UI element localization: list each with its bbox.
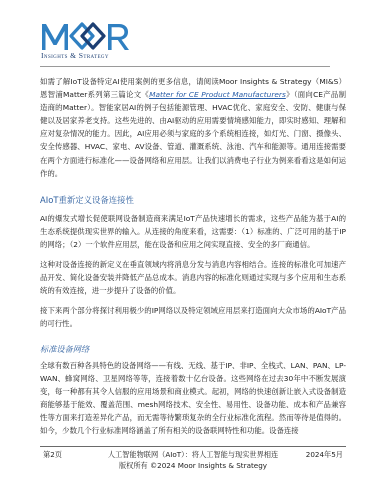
section-heading-standard-networks: 标准设备网络 [40,343,346,355]
document-page: Insights & Strategy 如需了解IoT设备特定AI使用案例的更多… [0,0,386,500]
footer-title: 人工智能物联网（AIoT）：将人工智能与现实世界相连 [40,450,346,461]
document-body: 如需了解IoT设备特定AI使用案例的更多信息，请阅读Moor Insights … [40,75,346,437]
publication-date: 2024年5月 [306,450,343,460]
matter-paper-link[interactable]: Matter for CE Product Manufacturers [149,90,286,99]
section2-paragraph-1: 全球有数百种各具特色的设备网络——有线、无线、基于IP、非IP、全栈式、LAN、… [40,359,346,438]
logo-subtitle: Insights & Strategy [41,51,109,60]
intro-text-part2: 》（面向CE产品制造商的Matter）。智能家居AI的例子包括能源管理、HVAC… [40,90,346,178]
footer-divider [40,446,346,447]
intro-paragraph: 如需了解IoT设备特定AI使用案例的更多信息，请阅读Moor Insights … [40,75,346,180]
footer-center: 人工智能物联网（AIoT）：将人工智能与现实世界相连 版权所有 ©2024 Mo… [40,450,346,471]
section1-paragraph-2: 这种对设备连接的新定义在垂直领域内将消息分发与消息内容相结合。连接的标准化可加速… [40,258,346,297]
footer-copyright: 版权所有 ©2024 Moor Insights & Strategy [40,461,346,472]
header-divider [40,66,330,67]
section1-paragraph-1: AI的爆发式增长促使联网设备制造商来满足IoT产品快速增长的需求，这些产品能为基… [40,212,346,251]
moor-logo-icon [40,20,132,52]
section1-paragraph-3: 接下来两个部分将探讨利用极少的IP网络以及特定领域应用层来打造面向大众市场的AI… [40,304,346,330]
section-heading-aiot: AIoT重新定义设备连接性 [40,194,346,206]
